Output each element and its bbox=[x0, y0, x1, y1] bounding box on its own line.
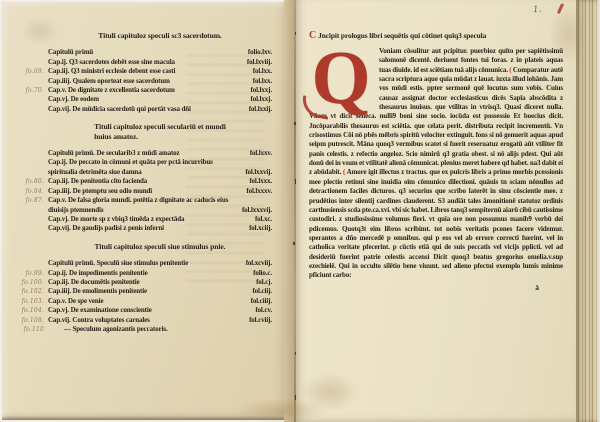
toc-entry: Cap.ij. Q3 sacerdotes debēt esse sine ma… bbox=[48, 58, 272, 67]
toc-entry: fo.100.Cap.iij. De documētis penitentief… bbox=[48, 278, 272, 287]
handwritten-margin-note: fo.69. bbox=[12, 67, 44, 76]
folio-reference: fol.ciiij. bbox=[251, 297, 272, 306]
toc-entry: Capitulū primū. De secularib3 z mūdi ama… bbox=[48, 149, 272, 158]
toc-entry: Cap.vj. De eodemfol.lxxj. bbox=[48, 95, 272, 104]
toc-entry: fo.108.Cap.vij. Contra voluptates carnal… bbox=[48, 316, 272, 325]
rubricated-initial-Q: Q bbox=[309, 49, 373, 105]
folio-reference: fol.lxxj. bbox=[251, 86, 272, 95]
toc-section: Tituli capituloz speculi siue stimulus p… bbox=[48, 242, 272, 335]
chapter-title: Cap.vij. De mūdicia sacerdotū qui portāt… bbox=[48, 105, 243, 114]
toc-entry: Cap.vj. De morte sp z vbiq3 timēda z exp… bbox=[48, 215, 272, 224]
chapter-title: Cap.iij. De penitentia cito facienda bbox=[48, 177, 243, 186]
toc-entry: Cap.ij. De peccato in cōmuni et quāta pe… bbox=[48, 158, 272, 177]
folio-reference: folio.lxv. bbox=[248, 48, 272, 57]
folio-reference: fol.lxxij. bbox=[249, 105, 272, 114]
chapter-title: Cap.ij. De impedimentis penitentie bbox=[48, 269, 247, 278]
chapter-title: Cap.iiij. De emolimentis penitentie bbox=[48, 287, 246, 296]
red-pen-mark bbox=[557, 3, 564, 14]
page-bottom-edge bbox=[2, 416, 290, 420]
folio-reference: fol.xciij. bbox=[249, 224, 272, 233]
toc-entry: fo.69.Cap.iij. Q3 ministri ecclesie debe… bbox=[48, 67, 272, 76]
chapter-title: Cap.vj. De examinatione conscientie bbox=[48, 306, 249, 315]
handwritten-page-number: 1. bbox=[533, 5, 542, 16]
toc-entry: fo.80.Cap.iij. De penitentia cito facien… bbox=[48, 177, 272, 186]
handwritten-margin-note: fo.87. bbox=[12, 196, 44, 205]
chapter-title: Cap.vj. De eodem bbox=[48, 95, 245, 104]
right-page: CJncipit prologus libri sequētis qui cōt… bbox=[296, 0, 578, 422]
toc-section: Tituli capituloz speculi seculariū et mu… bbox=[48, 122, 272, 233]
toc-sections: Tituli capituloz speculi sc3 sacerdotum.… bbox=[48, 31, 272, 334]
folio-reference: fol.lxx. bbox=[253, 67, 272, 76]
handwritten-margin-note: fo.103. bbox=[12, 297, 44, 306]
handwritten-margin-note: fo.102. bbox=[12, 287, 44, 296]
toc-entry: Cap.vij. De mūdicia sacerdotū qui portāt… bbox=[48, 105, 272, 114]
chapter-title: Cap.ij. Q3 sacerdotes debēt esse sine ma… bbox=[48, 58, 241, 67]
chapter-title: Capitulū primū. De secularib3 z mūdi ama… bbox=[48, 149, 244, 158]
handwritten-margin-note: fo.104. bbox=[12, 306, 44, 315]
toc-entry: Capitulū primū. Speculū siue stimulus pe… bbox=[48, 259, 272, 268]
chapter-title: Capitulū primū bbox=[48, 48, 242, 57]
folio-reference: fol.lxviij. bbox=[247, 58, 272, 67]
toc-section-heading: Tituli capituloz speculi sc3 sacerdotum. bbox=[98, 31, 221, 40]
handwritten-margin-note: fo.100. bbox=[12, 278, 44, 287]
folio-reference: fol.lxx. bbox=[253, 77, 272, 86]
chapter-title: Capitulū primū. Speculū siue stimulus pe… bbox=[48, 259, 240, 268]
chapter-title: Cap.iiij. Qualem oporteat esse sacerdotu… bbox=[48, 77, 247, 86]
chapter-title: Cap.v. De falsa gloria mundi. potētia z … bbox=[48, 196, 236, 215]
toc-section-heading: Tituli capituloz speculi seculariū et mu… bbox=[94, 122, 226, 141]
chapter-title: Cap.v. De spe venie bbox=[48, 297, 245, 306]
left-page: Tituli capituloz speculi sc3 sacerdotum.… bbox=[2, 2, 290, 420]
chapter-title: — Speculum agonizantis peccatoris. bbox=[48, 325, 272, 334]
folio-reference: folio.c. bbox=[253, 269, 272, 278]
toc-entry: Capitulū primūfolio.lxv. bbox=[48, 48, 272, 57]
folio-reference: fol.lxxv. bbox=[250, 149, 272, 158]
handwritten-margin-note: fo.99. bbox=[12, 269, 44, 278]
folio-reference: fol.cj. bbox=[256, 278, 272, 287]
chapter-title: Cap.iij. Q3 ministri ecclesie debent ess… bbox=[48, 67, 247, 76]
folio-reference: fol.xc. bbox=[255, 215, 272, 224]
handwritten-margin-note: fo.80. bbox=[12, 177, 44, 186]
handwritten-margin-note: fo.110 bbox=[12, 325, 44, 334]
toc-entry: Cap.iiij. Qualem oporteat esse sacerdotu… bbox=[48, 77, 272, 86]
book-photo: Tituli capituloz speculi sc3 sacerdotum.… bbox=[0, 0, 600, 422]
stacked-page-edges bbox=[576, 0, 600, 422]
folio-reference: fol.xcviij. bbox=[246, 259, 272, 268]
signature-mark: ā bbox=[309, 283, 563, 292]
toc-entry: fo.70.Cap.v. De dignitate z excellentia … bbox=[48, 86, 272, 95]
folio-reference: fol.ciij. bbox=[252, 287, 272, 296]
toc-entry: fo.102.Cap.iiij. De emolimentis penitent… bbox=[48, 287, 272, 296]
toc-section-heading: Tituli capituloz speculi siue stimulus p… bbox=[95, 242, 226, 251]
chapter-title: Cap.v. De dignitate z excellentia sacerd… bbox=[48, 86, 245, 95]
chapter-title: Cap.iij. De documētis penitentie bbox=[48, 278, 250, 287]
prologue-content: CJncipit prologus libri sequētis qui cōt… bbox=[309, 31, 563, 292]
toc-entry: fo.99.Cap.ij. De impedimentis penitentie… bbox=[48, 269, 272, 278]
folio-reference: fol.cv. bbox=[255, 306, 272, 315]
handwritten-margin-note: fo.108. bbox=[12, 316, 44, 325]
toc-entry: Cap.vij. De gaudijs padisi z penis infer… bbox=[48, 224, 272, 233]
handwritten-margin-note: fo.84. bbox=[12, 187, 44, 196]
toc-entry: fo.103.Cap.v. De spe veniefol.ciiij. bbox=[48, 297, 272, 306]
toc-entry: fo.84.Cap.iiij. De ptemptu seu odio mund… bbox=[48, 187, 272, 196]
chapter-title: Cap.vij. De gaudijs padisi z penis infer… bbox=[48, 224, 243, 233]
prologue-text: Amore igit illectus z tractus. que ex pu… bbox=[309, 168, 563, 279]
folio-reference: fol.lxxxvij. bbox=[242, 206, 272, 215]
handwritten-margin-note: fo.70. bbox=[12, 86, 44, 95]
chapter-title: Cap.ij. De peccato in cōmuni et quāta pe… bbox=[48, 158, 239, 177]
folio-reference: fol.cviij. bbox=[249, 316, 272, 325]
folio-reference: fol.lxxxv. bbox=[246, 187, 272, 196]
toc-entry: fo.87.Cap.v. De falsa gloria mundi. potē… bbox=[48, 196, 272, 215]
folio-reference: fol.lxxvij. bbox=[245, 168, 272, 177]
toc-section: Tituli capituloz speculi sc3 sacerdotum.… bbox=[48, 31, 272, 114]
toc-entry: fo.104.Cap.vj. De examinatione conscient… bbox=[48, 306, 272, 315]
chapter-title: Cap.vj. De morte sp z vbiq3 timēda z exp… bbox=[48, 215, 249, 224]
toc-entry: fo.110— Speculum agonizantis peccatoris. bbox=[48, 325, 272, 334]
chapter-title: Cap.iiij. De ptemptu seu odio mundi bbox=[48, 187, 240, 196]
folio-reference: fol.lxxj. bbox=[251, 95, 272, 104]
chapter-title: Cap.vij. Contra voluptates carnales bbox=[48, 316, 243, 325]
folio-reference: fol.lxxx. bbox=[249, 177, 272, 186]
